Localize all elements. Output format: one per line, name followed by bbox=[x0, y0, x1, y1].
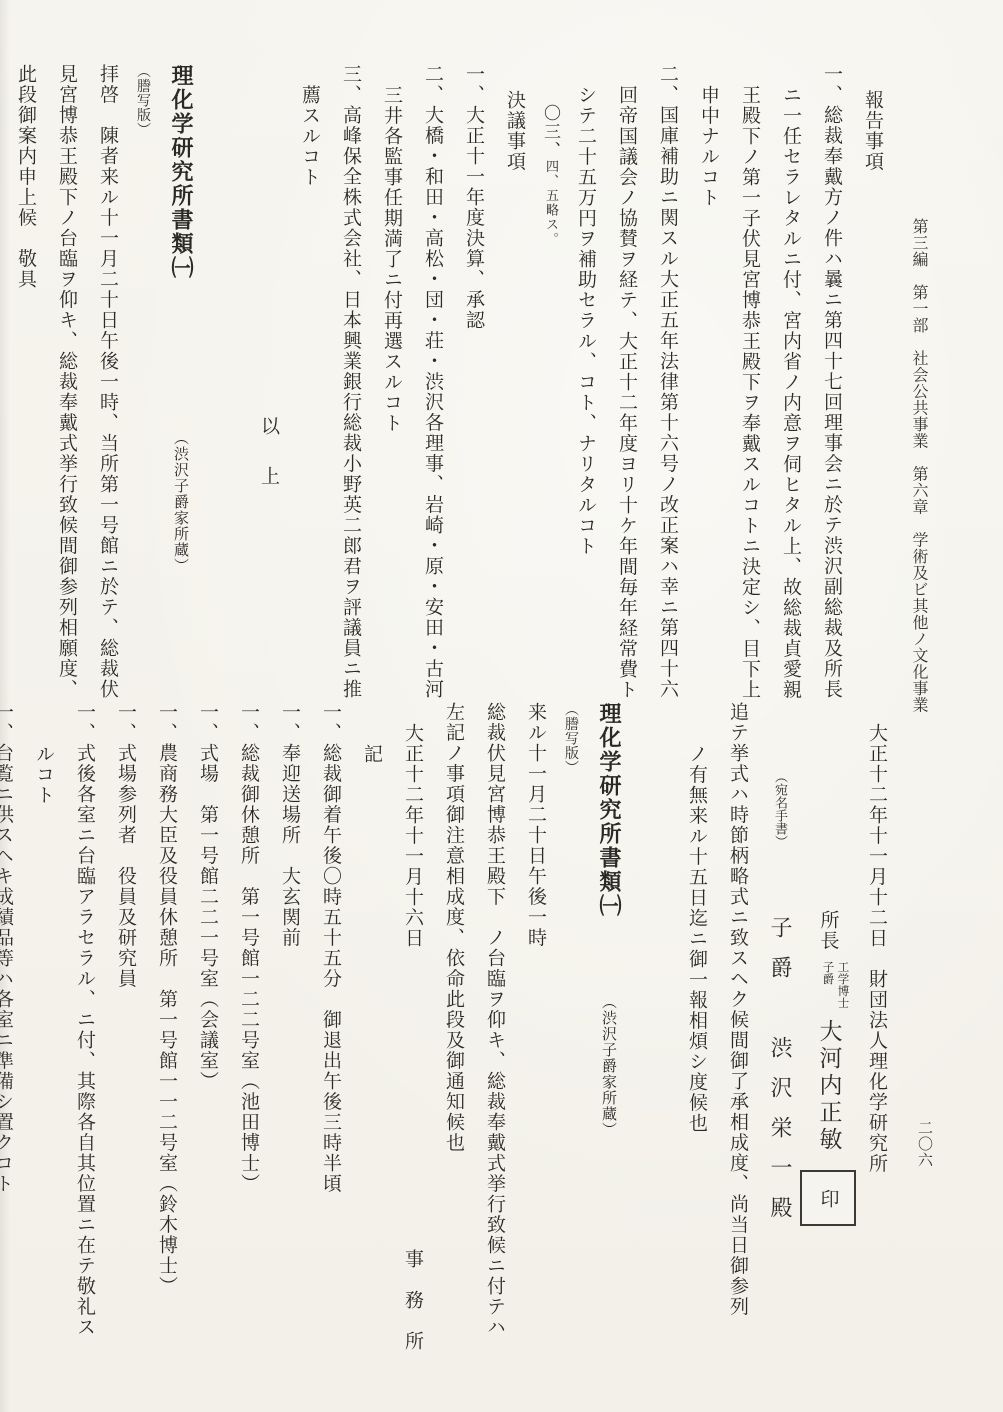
record-item-arrival: 一、総裁御着午後〇時五十五分 御退出午後三時半頃 bbox=[310, 702, 351, 1412]
notice-date: 大正十二年十一月十六日 bbox=[402, 723, 424, 949]
record-item-president-room: 一、総裁御休憩所 第一号館一二二号室（池田博士） bbox=[228, 702, 269, 1412]
document-title-lower: 理化学研究所書類㈠（渋沢子爵家所蔵） bbox=[586, 702, 632, 1412]
notice-date-office: 大正十二年十一月十六日事務所 bbox=[392, 702, 433, 1412]
director-title: 所長 bbox=[818, 910, 840, 951]
omitted-items-note-detail: 四、五略ス。 bbox=[543, 160, 558, 247]
document-title-upper: 理化学研究所書類㈠（渋沢子爵家所蔵） bbox=[158, 64, 204, 714]
resolution-section-heading: 決議事項 bbox=[494, 64, 535, 714]
office-signature: 事務所 bbox=[402, 1249, 424, 1372]
mimeograph-note-upper: （謄写版） bbox=[128, 64, 158, 714]
resolution-item3-line2: 薦スルコト bbox=[289, 64, 330, 714]
record-item-minister-room: 一、農商務大臣及役員休憩所 第一号館一一二号室（鈴木博士） bbox=[146, 702, 187, 1412]
letter-date-sender: 大正十二年十一月十二日 財団法人理化学研究所 bbox=[856, 702, 897, 1412]
resolution-item3-line1: 三、高峰保全株式会社、日本興業銀行総裁小野英二郎君ヲ評議員ニ推 bbox=[330, 64, 371, 714]
resolution-item2-line1: 二、大橋・和田・高松・団・荘・渋沢各理事、岩崎・原・安田・古河 bbox=[412, 64, 453, 714]
resolution-item1: 一、大正十一年度決算、承認 bbox=[453, 64, 494, 714]
record-heading: 記 bbox=[351, 702, 392, 1412]
record-item-bow-line1: 一、式後各室ニ台臨アラセラル、ニ付、其際各自其位置ニ在テ敬礼ス bbox=[64, 702, 105, 1412]
report-item1-line4: 申中ナルコト bbox=[688, 64, 729, 714]
report-item2-line1: 二、国庫補助ニ関スル大正五年法律第十六号ノ改正案ハ幸ニ第四十六 bbox=[647, 64, 688, 714]
postscript-line1: 追テ挙式ハ時節柄略式ニ致スヘク候間御了承相成度、尚当日御参列 bbox=[717, 702, 758, 1412]
book-page: 第三編 第一部 社会公共事業 第六章 学術及ビ其他ノ文化事業 二〇六 報告事項 … bbox=[0, 0, 1003, 1412]
seal-box: 印 bbox=[800, 1170, 856, 1226]
upper-text-block: 報告事項 一、総裁奉戴方ノ件ハ曩ニ第四十七回理事会ニ於テ渋沢副総裁及所長 ニ一任… bbox=[5, 64, 893, 714]
mimeograph-note-lower: （謄写版） bbox=[556, 702, 586, 1412]
report-item1-line3: 王殿下ノ第一子伏見宮博恭王殿下ヲ奉戴スルコトニ決定シ、目下上 bbox=[729, 64, 770, 714]
director-honorifics: 工学博士子爵 bbox=[821, 961, 851, 1009]
page-number: 二〇六 bbox=[915, 1120, 936, 1168]
letter-line3: 此段御案内申上候 敬具 bbox=[5, 64, 46, 714]
notice-line1: 来ル十一月二十日午後一時 bbox=[515, 702, 556, 1412]
record-item-ceremony-hall: 一、式場 第一号館二二一号室（会議室） bbox=[187, 702, 228, 1412]
addressee-name: 子爵 渋沢栄一殿 bbox=[767, 916, 792, 1236]
seal-character: 印 bbox=[808, 1189, 849, 1208]
record-item-exhibits: 一、台覧ニ供スヘキ成績品等ハ各室ニ準備シ置クコト bbox=[0, 702, 23, 1412]
director-name: 大河内正敏 bbox=[816, 1019, 842, 1154]
postscript-line2: ノ有無来ル十五日迄ニ御一報相煩シ度候也 bbox=[676, 702, 717, 1412]
report-item1-line2: ニ一任セラレタルニ付、宮内省ノ内意ヲ伺ヒタル上、故総裁貞愛親 bbox=[770, 64, 811, 714]
report-item2-line2: 回帝国議会ノ協賛ヲ経テ、大正十二年度ヨリ十ケ年間毎年経常費ト bbox=[606, 64, 647, 714]
report-section-heading: 報告事項 bbox=[852, 64, 893, 714]
report-item2-line3: シテ二十五万円ヲ補助セラル、コト、ナリタルコト bbox=[565, 64, 606, 714]
record-item-attendees: 一、式場参列者 役員及研究員 bbox=[105, 702, 146, 1412]
addressee-line: （宛名手書）子爵 渋沢栄一殿 bbox=[758, 702, 800, 1412]
letter-line2: 見宮博恭王殿下ノ台臨ヲ仰キ、総裁奉戴式挙行致候間御参列相願度、 bbox=[46, 64, 87, 714]
omitted-items-note: 〇三、四、五略ス。 bbox=[535, 64, 565, 714]
notice-line3: 左記ノ事項御注意相成度、依命此段及御通知候也 bbox=[433, 702, 474, 1412]
addressee-handwritten-note: （宛名手書） bbox=[772, 770, 787, 848]
holding-note: （渋沢子爵家所蔵） bbox=[172, 430, 190, 574]
running-head: 第三編 第一部 社会公共事業 第六章 学術及ビ其他ノ文化事業 bbox=[908, 218, 931, 713]
notice-line2: 総裁伏見宮博恭王殿下 ノ台臨ヲ仰キ、総裁奉戴式挙行致候ニ付テハ bbox=[474, 702, 515, 1412]
omitted-items-note-lead: 〇三、 bbox=[540, 104, 560, 160]
director-signature: 所長工学博士子爵大河内正敏印 bbox=[800, 702, 856, 1412]
lower-text-block: 大正十二年十一月十二日 財団法人理化学研究所 所長工学博士子爵大河内正敏印 （宛… bbox=[0, 702, 897, 1412]
report-item1-line1: 一、総裁奉戴方ノ件ハ曩ニ第四十七回理事会ニ於テ渋沢副総裁及所長 bbox=[811, 64, 852, 714]
closing-ijo: 以 上 bbox=[248, 64, 289, 714]
director-rank: 子爵 bbox=[821, 961, 836, 1009]
director-degree: 工学博士 bbox=[836, 961, 851, 1009]
document-title-text: 理化学研究所書類㈠ bbox=[596, 702, 622, 918]
record-item-bow-line2: ルコト bbox=[23, 702, 64, 1412]
resolution-item2-line2: 三井各監事任期満了ニ付再選スルコト bbox=[371, 64, 412, 714]
letter-line1: 拝啓 陳者来ル十一月二十日午後一時、当所第一号館ニ於テ、総裁伏 bbox=[87, 64, 128, 714]
holding-note: （渋沢子爵家所蔵） bbox=[600, 994, 618, 1138]
record-item-greeting-place: 一、奉迎送場所 大玄関前 bbox=[269, 702, 310, 1412]
document-title-text: 理化学研究所書類㈠ bbox=[168, 64, 194, 280]
